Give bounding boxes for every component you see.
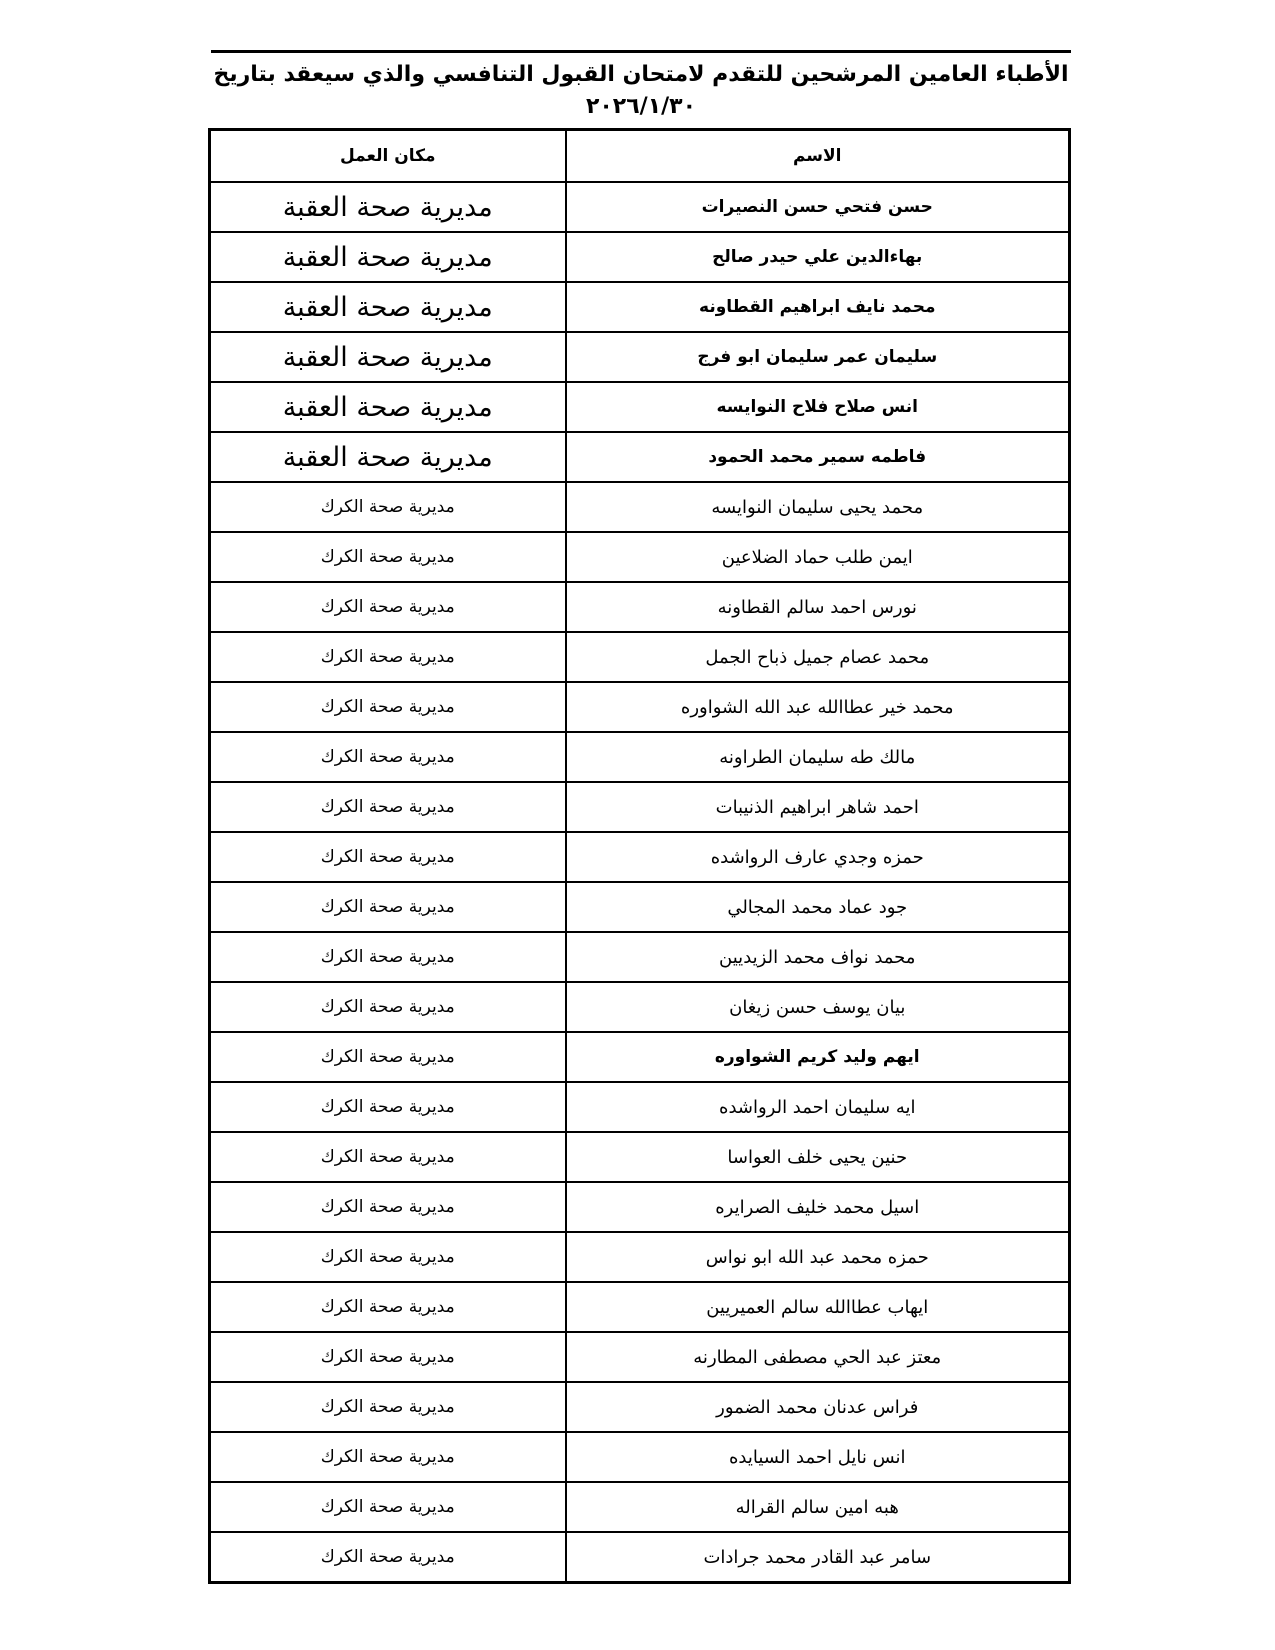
table-row: انس نايل احمد السيايدهمديرية صحة الكرك: [210, 1432, 1070, 1482]
table-row: احمد شاهر ابراهيم الذنيباتمديرية صحة الك…: [210, 782, 1070, 832]
name-cell: مالك طه سليمان الطراونه: [566, 732, 1070, 782]
table-row: محمد يحيى سليمان النوايسهمديرية صحة الكر…: [210, 482, 1070, 532]
table-row: بهاءالدين علي حيدر صالحمديرية صحة العقبة: [210, 232, 1070, 282]
table-body: حسن فتحي حسن النصيراتمديرية صحة العقبةبه…: [210, 182, 1070, 1583]
table-row: فراس عدنان محمد الضمورمديرية صحة الكرك: [210, 1382, 1070, 1432]
document-title: الأطباء العامين المرشحين للتقدم لامتحان …: [211, 58, 1071, 92]
table-row: مالك طه سليمان الطراونهمديرية صحة الكرك: [210, 732, 1070, 782]
workplace-cell: مديرية صحة الكرك: [210, 832, 566, 882]
workplace-cell: مديرية صحة الكرك: [210, 1282, 566, 1332]
workplace-cell: مديرية صحة الكرك: [210, 1332, 566, 1382]
name-cell: حمزه محمد عبد الله ابو نواس: [566, 1232, 1070, 1282]
workplace-cell: مديرية صحة الكرك: [210, 682, 566, 732]
workplace-cell: مديرية صحة الكرك: [210, 732, 566, 782]
table-head: الاسم مكان العمل: [210, 130, 1070, 183]
name-cell: محمد خير عطاالله عبد الله الشواوره: [566, 682, 1070, 732]
name-cell: حنين يحيى خلف العواسا: [566, 1132, 1070, 1182]
workplace-cell: مديرية صحة العقبة: [210, 182, 566, 232]
table-row: محمد عصام جميل ذباح الجملمديرية صحة الكر…: [210, 632, 1070, 682]
workplace-cell: مديرية صحة الكرك: [210, 1432, 566, 1482]
name-cell: ايه سليمان احمد الرواشده: [566, 1082, 1070, 1132]
table-row: سليمان عمر سليمان ابو فرجمديرية صحة العق…: [210, 332, 1070, 382]
workplace-cell: مديرية صحة الكرك: [210, 482, 566, 532]
workplace-cell: مديرية صحة الكرك: [210, 782, 566, 832]
name-column-header: الاسم: [566, 130, 1070, 183]
table-row: محمد نايف ابراهيم القطاونهمديرية صحة الع…: [210, 282, 1070, 332]
name-cell: انس صلاح فلاح النوايسه: [566, 382, 1070, 432]
table-row: حنين يحيى خلف العواسامديرية صحة الكرك: [210, 1132, 1070, 1182]
name-cell: ايهاب عطاالله سالم العميريين: [566, 1282, 1070, 1332]
table-row: انس صلاح فلاح النوايسهمديرية صحة العقبة: [210, 382, 1070, 432]
table-row: اسيل محمد خليف الصرايرهمديرية صحة الكرك: [210, 1182, 1070, 1232]
name-cell: هبه امين سالم القراله: [566, 1482, 1070, 1532]
table-row: سامر عبد القادر محمد جراداتمديرية صحة ال…: [210, 1532, 1070, 1583]
workplace-cell: مديرية صحة الكرك: [210, 1082, 566, 1132]
workplace-cell: مديرية صحة الكرك: [210, 1382, 566, 1432]
name-cell: جود عماد محمد المجالي: [566, 882, 1070, 932]
table-row: حمزه وجدي عارف الرواشدهمديرية صحة الكرك: [210, 832, 1070, 882]
workplace-cell: مديرية صحة الكرك: [210, 1132, 566, 1182]
workplace-cell: مديرية صحة الكرك: [210, 1482, 566, 1532]
name-cell: اسيل محمد خليف الصرايره: [566, 1182, 1070, 1232]
table-row: هبه امين سالم القرالهمديرية صحة الكرك: [210, 1482, 1070, 1532]
table-row: محمد خير عطاالله عبد الله الشواورهمديرية…: [210, 682, 1070, 732]
table-row: ايمن طلب حماد الضلاعينمديرية صحة الكرك: [210, 532, 1070, 582]
table-header-row: الاسم مكان العمل: [210, 130, 1070, 183]
table-row: معتز عبد الحي مصطفى المطارنهمديرية صحة ا…: [210, 1332, 1070, 1382]
name-cell: بيان يوسف حسن زيغان: [566, 982, 1070, 1032]
name-cell: ايمن طلب حماد الضلاعين: [566, 532, 1070, 582]
name-cell: حمزه وجدي عارف الرواشده: [566, 832, 1070, 882]
name-cell: فراس عدنان محمد الضمور: [566, 1382, 1070, 1432]
workplace-cell: مديرية صحة العقبة: [210, 282, 566, 332]
workplace-cell: مديرية صحة الكرك: [210, 882, 566, 932]
name-cell: احمد شاهر ابراهيم الذنيبات: [566, 782, 1070, 832]
name-cell: انس نايل احمد السيايده: [566, 1432, 1070, 1482]
title-top-rule: [211, 50, 1071, 53]
table-row: جود عماد محمد المجاليمديرية صحة الكرك: [210, 882, 1070, 932]
table-row: ايهم وليد كريم الشواورهمديرية صحة الكرك: [210, 1032, 1070, 1082]
exam-date: ٢٠٢٦/١/٣٠: [211, 92, 1071, 122]
name-cell: محمد نايف ابراهيم القطاونه: [566, 282, 1070, 332]
document-page: الأطباء العامين المرشحين للتقدم لامتحان …: [0, 0, 1275, 1650]
table-row: فاطمه سمير محمد الحمودمديرية صحة العقبة: [210, 432, 1070, 482]
workplace-cell: مديرية صحة العقبة: [210, 432, 566, 482]
workplace-cell: مديرية صحة الكرك: [210, 1032, 566, 1082]
name-cell: محمد عصام جميل ذباح الجمل: [566, 632, 1070, 682]
candidates-table: الاسم مكان العمل حسن فتحي حسن النصيراتمد…: [208, 128, 1071, 1584]
workplace-cell: مديرية صحة الكرك: [210, 1182, 566, 1232]
table-row: نورس احمد سالم القطاونهمديرية صحة الكرك: [210, 582, 1070, 632]
table-row: ايه سليمان احمد الرواشدهمديرية صحة الكرك: [210, 1082, 1070, 1132]
name-cell: نورس احمد سالم القطاونه: [566, 582, 1070, 632]
workplace-cell: مديرية صحة الكرك: [210, 1232, 566, 1282]
name-cell: بهاءالدين علي حيدر صالح: [566, 232, 1070, 282]
table-row: محمد نواف محمد الزيديينمديرية صحة الكرك: [210, 932, 1070, 982]
workplace-cell: مديرية صحة العقبة: [210, 382, 566, 432]
name-cell: محمد نواف محمد الزيديين: [566, 932, 1070, 982]
workplace-cell: مديرية صحة العقبة: [210, 332, 566, 382]
name-cell: معتز عبد الحي مصطفى المطارنه: [566, 1332, 1070, 1382]
workplace-cell: مديرية صحة العقبة: [210, 232, 566, 282]
table-row: ايهاب عطاالله سالم العميريينمديرية صحة ا…: [210, 1282, 1070, 1332]
table-row: حمزه محمد عبد الله ابو نواسمديرية صحة ال…: [210, 1232, 1070, 1282]
table-row: حسن فتحي حسن النصيراتمديرية صحة العقبة: [210, 182, 1070, 232]
workplace-cell: مديرية صحة الكرك: [210, 982, 566, 1032]
workplace-cell: مديرية صحة الكرك: [210, 532, 566, 582]
workplace-cell: مديرية صحة الكرك: [210, 1532, 566, 1583]
name-cell: سامر عبد القادر محمد جرادات: [566, 1532, 1070, 1583]
workplace-column-header: مكان العمل: [210, 130, 566, 183]
name-cell: ايهم وليد كريم الشواوره: [566, 1032, 1070, 1082]
candidates-list-document: الأطباء العامين المرشحين للتقدم لامتحان …: [211, 50, 1071, 1584]
name-cell: فاطمه سمير محمد الحمود: [566, 432, 1070, 482]
workplace-cell: مديرية صحة الكرك: [210, 932, 566, 982]
workplace-cell: مديرية صحة الكرك: [210, 632, 566, 682]
name-cell: سليمان عمر سليمان ابو فرج: [566, 332, 1070, 382]
name-cell: حسن فتحي حسن النصيرات: [566, 182, 1070, 232]
workplace-cell: مديرية صحة الكرك: [210, 582, 566, 632]
name-cell: محمد يحيى سليمان النوايسه: [566, 482, 1070, 532]
table-row: بيان يوسف حسن زيغانمديرية صحة الكرك: [210, 982, 1070, 1032]
